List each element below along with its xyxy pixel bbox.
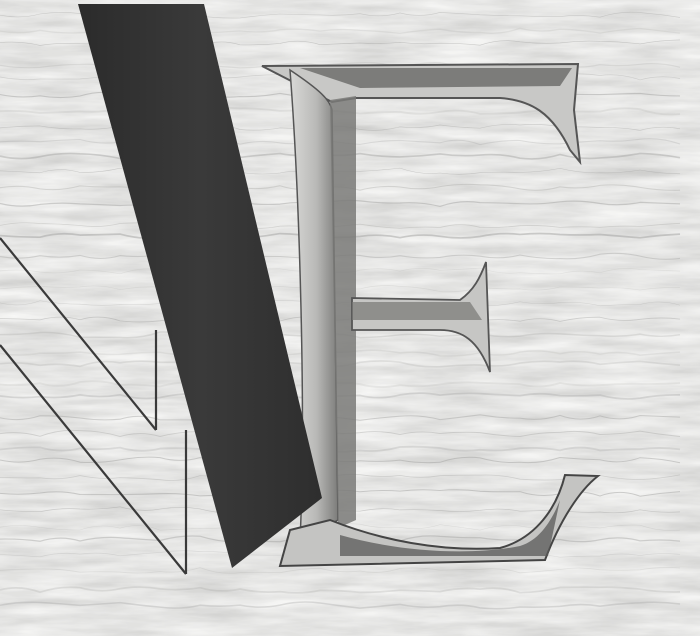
letter-e-middle-arm-shadow	[352, 302, 482, 320]
marble-photo	[0, 0, 700, 636]
carved-letter-scene	[0, 0, 700, 636]
